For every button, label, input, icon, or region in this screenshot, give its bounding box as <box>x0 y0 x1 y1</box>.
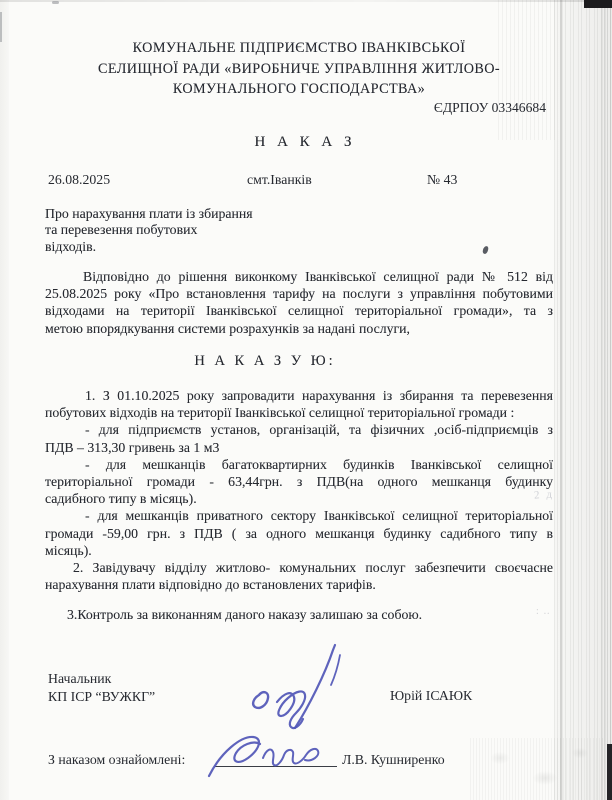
scan-left-edge-line <box>0 12 2 42</box>
scan-left-band <box>0 0 9 800</box>
order-item-line: місяць). <box>45 542 553 559</box>
signer-position-line: Начальник <box>48 670 155 688</box>
resolution-heading: Н А К А З У Ю: <box>11 353 519 370</box>
order-item-line: - для мешканців багатоквартирних будинкі… <box>45 456 553 473</box>
scan-streak-line <box>560 0 562 800</box>
order-item-line: - для мешканців приватного сектору Іванк… <box>45 507 553 524</box>
acknowledged-by-name: Л.В. Кушниренко <box>342 752 445 768</box>
org-name: КОМУНАЛЬНЕ ПІДПРИЄМСТВО ІВАНКІВСЬКОЇ СЕЛ… <box>45 38 553 100</box>
doc-title: Н А К А З <box>51 134 559 151</box>
order-item-3: 3.Контроль за виконанням даного наказу з… <box>45 606 553 623</box>
org-name-line: КОМУНАЛЬНЕ ПІДПРИЄМСТВО ІВАНКІВСЬКОЇ <box>45 38 553 59</box>
signer-position-line: КП ІСР “ВУЖКГ” <box>48 688 155 706</box>
order-item-line: ПДВ – 313,30 гривень за 1 м3 <box>45 439 553 456</box>
subject-line: відходів. <box>45 239 553 255</box>
preamble-block: Відповідно до рішення виконкому Іванківс… <box>45 268 553 337</box>
doc-place: смт.Іванків <box>247 172 312 188</box>
subject-block: Про нарахування плати із збирання та пер… <box>45 206 553 255</box>
order-item-line: нарахування плати відповідно до встановл… <box>45 576 553 593</box>
director-name: Юрій ІСАЮК <box>390 688 472 704</box>
edrpou-code: ЄДРПОУ 03346684 <box>45 100 553 116</box>
order-item-line: територіальної громади - 63,44грн. з ПДВ… <box>45 473 553 490</box>
order-item-line: 2. Завідувачу відділу житлово- комунальн… <box>45 559 553 576</box>
document-body: КОМУНАЛЬНЕ ПІДПРИЄМСТВО ІВАНКІВСЬКОЇ СЕЛ… <box>45 0 553 800</box>
preamble-line: відходами на території Іванківської сели… <box>45 302 553 319</box>
order-item-line: - для підприємств установ, організацій, … <box>45 421 553 438</box>
subject-line: Про нарахування плати із збирання <box>45 206 553 222</box>
order-item-line: 3.Контроль за виконанням даного наказу з… <box>45 606 553 623</box>
preamble-line: метою впорядкування системи розрахунків … <box>45 320 553 337</box>
signer-position: Начальник КП ІСР “ВУЖКГ” <box>48 670 155 705</box>
org-name-line: КОМУНАЛЬНОГО ГОСПОДАРСТВА» <box>45 79 553 100</box>
signature-block: Начальник КП ІСР “ВУЖКГ” Юрій ІСАЮК <box>45 670 553 740</box>
preamble-line: Відповідно до рішення виконкому Іванківс… <box>45 268 553 285</box>
doc-date: 26.08.2025 <box>48 172 110 188</box>
order-items: 1. З 01.10.2025 року запровадити нарахув… <box>45 387 553 593</box>
director-signature <box>243 640 378 735</box>
scan-streak-right-edge <box>601 0 612 800</box>
scan-edge-mark-bottom <box>607 744 612 800</box>
scan-corner-mark <box>584 0 612 8</box>
preamble-line: 25.08.2025 року «Про встановлення тарифу… <box>45 285 553 302</box>
org-name-line: СЕЛИЩНОЇ РАДИ «ВИРОБНИЧЕ УПРАВЛІННЯ ЖИТЛ… <box>45 59 553 80</box>
order-item-line: громади -59,00 грн. з ПДВ ( за одного ме… <box>45 525 553 542</box>
doc-number: № 43 <box>427 172 457 188</box>
acknowledgement-label: З наказом ознайомлені: <box>48 752 185 768</box>
acknowledgement-signature <box>203 732 333 780</box>
order-item-line: садибного типу в місяць). <box>45 490 553 507</box>
order-item-line: побутових відходів на території Іванківс… <box>45 404 553 421</box>
doc-meta-row: 26.08.2025 смт.Іванків № 43 <box>45 172 553 190</box>
order-item-line: 1. З 01.10.2025 року запровадити нарахув… <box>45 387 553 404</box>
scanned-order-document: 2 д : ‥ КОМУНАЛЬНЕ ПІДПРИЄМСТВО ІВАНКІВС… <box>0 0 612 800</box>
subject-line: та перевезення побутових <box>45 222 553 238</box>
